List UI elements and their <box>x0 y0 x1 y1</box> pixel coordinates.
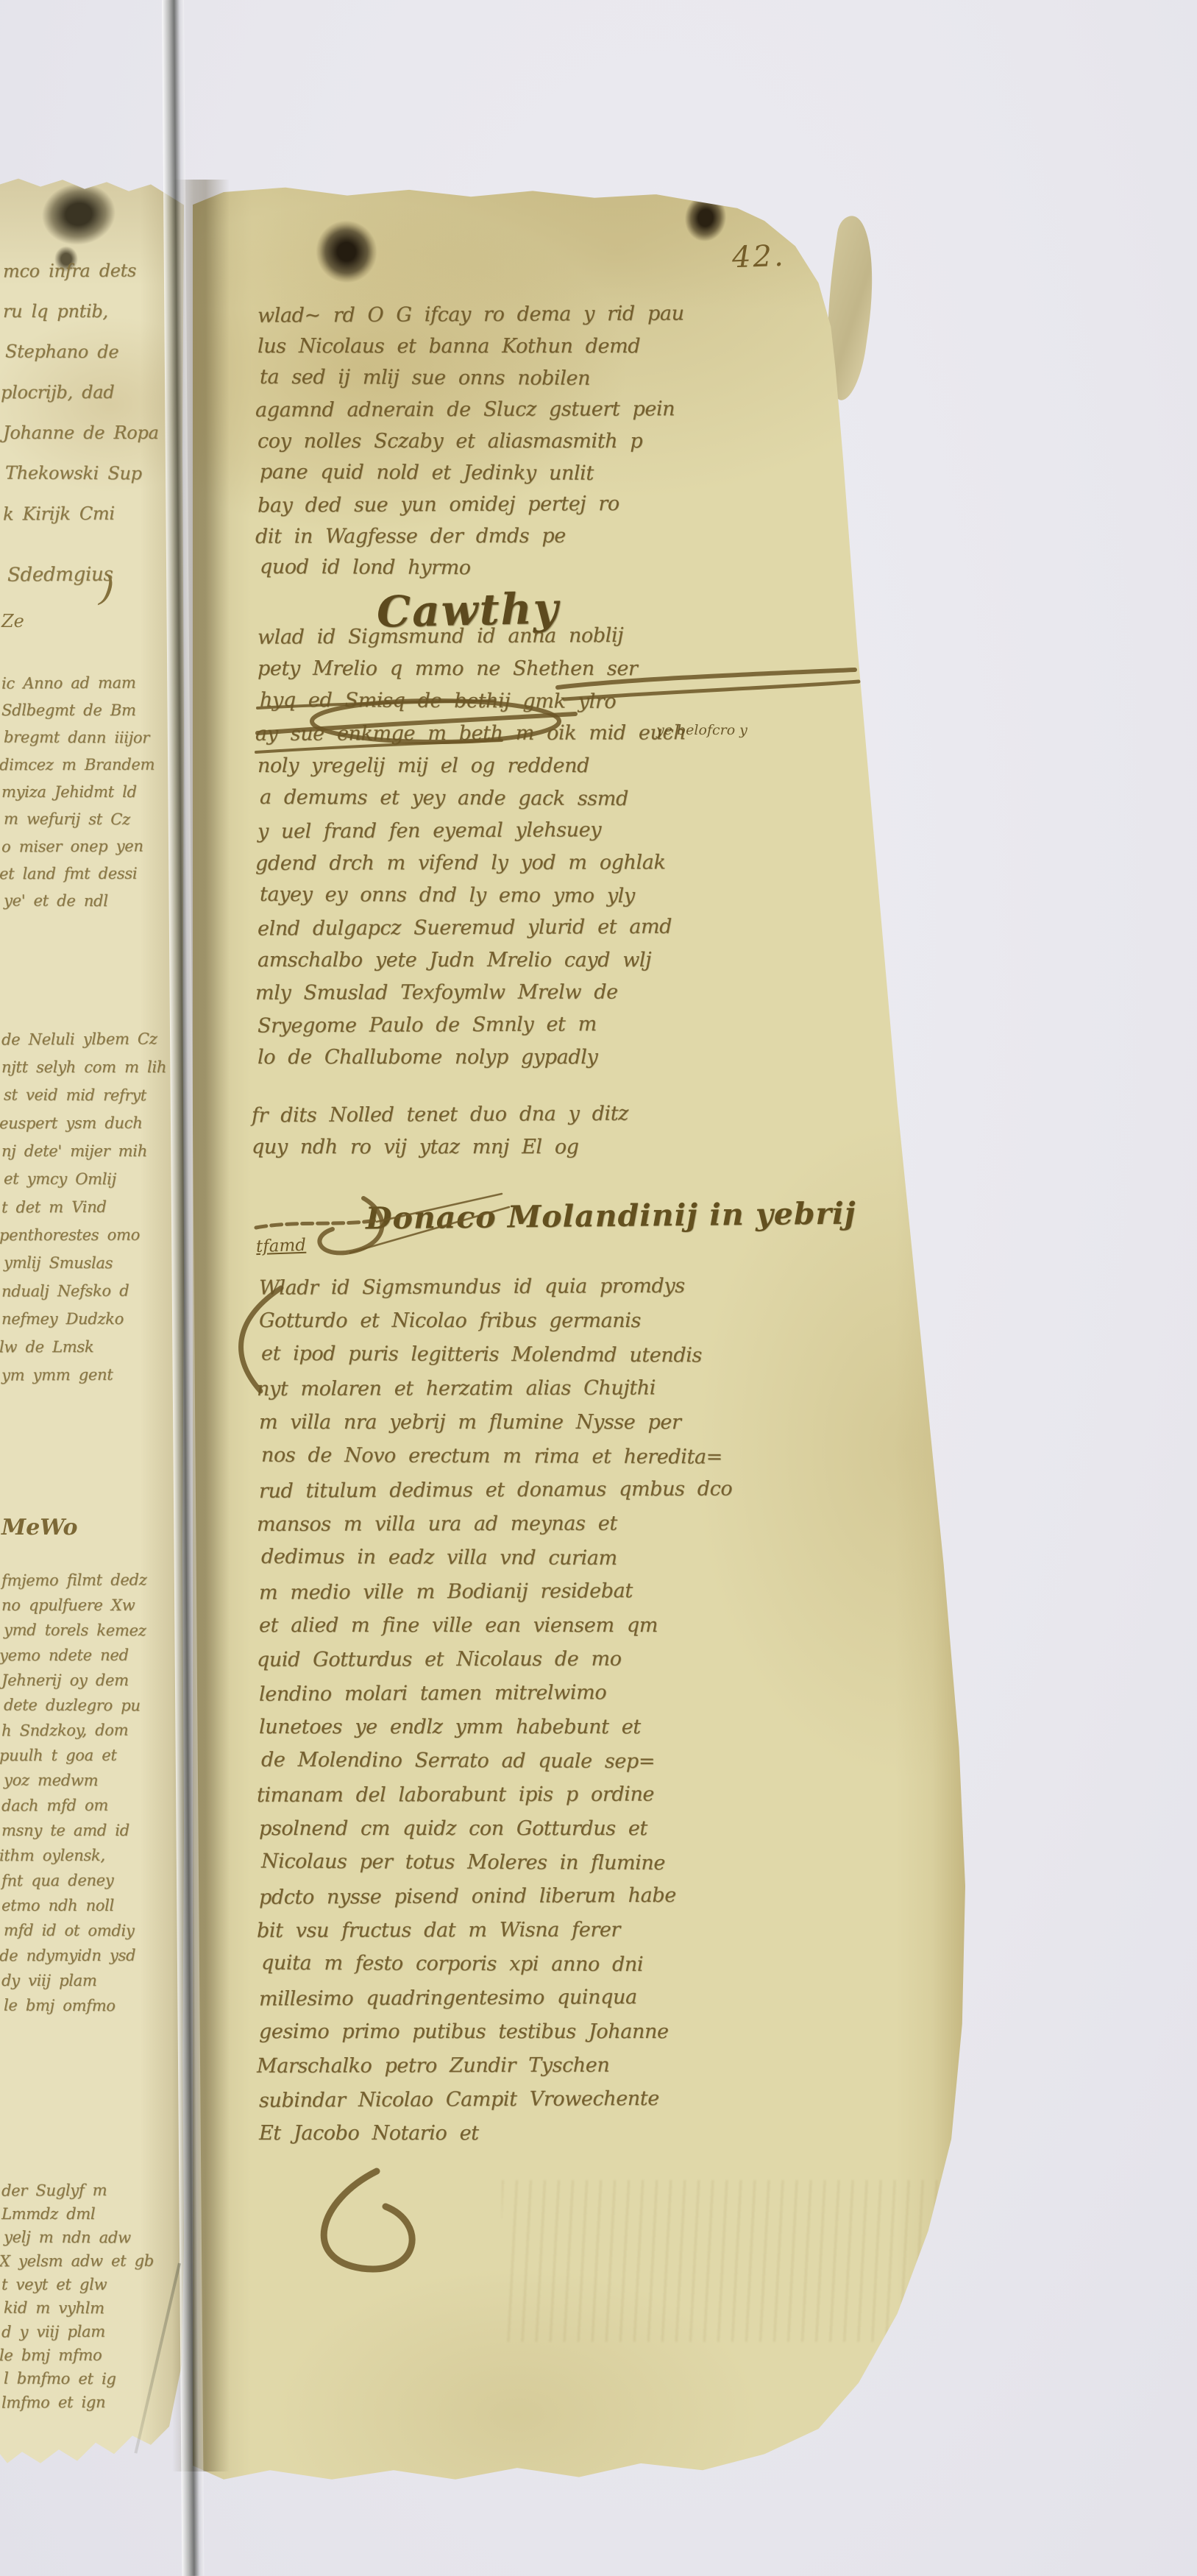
text-line: ymlij Smuslas <box>4 1249 168 1278</box>
text-line: h Sndzkoy, dom <box>1 1717 147 1743</box>
text-line: mfd id ot omdiy <box>4 1918 149 1944</box>
text-line: lunetoes ye endlz ymm habebunt et <box>259 1710 732 1744</box>
text-line: fr dits Nolled tenet duo dna y ditz <box>252 1098 628 1133</box>
text-line: quid Gotturdus et Nicolaus de mo <box>257 1642 730 1677</box>
text-line: der Suglyf m <box>1 2178 156 2202</box>
left-page-text-block-4: fmjemo filmt dedzno qpulfuere Xwymd tore… <box>1 1568 146 2018</box>
text-line: Nicolaus per totus Moleres in flumine <box>261 1845 734 1881</box>
text-line: ru lq pntib, <box>3 291 158 332</box>
paragraph-1: wlad~ rd O G ifcay ro dema y rid paulus … <box>257 299 684 584</box>
text-line: elnd dulgapcz Sueremud ylurid et amd <box>257 910 688 945</box>
text-line: ym ymm gent <box>1 1360 166 1389</box>
ink-stain <box>31 172 127 255</box>
text-line: yelj m ndn adw <box>4 2226 158 2250</box>
text-line: ye' et de ndl <box>4 888 159 916</box>
text-line: a demums et yey ande gack ssmd <box>260 782 690 816</box>
left-page: mco infra detsru lq pntib,Stephano deplo… <box>0 175 184 2468</box>
text-line: dit in Wagfesse der dmds pe <box>255 520 682 553</box>
text-line: et land fmt dessi <box>0 860 154 888</box>
text-line: dimcez m Brandem <box>0 751 154 779</box>
text-line: hyq ed Smisq de bethij gmk ylro <box>260 684 690 719</box>
text-line: t det m Vind <box>1 1192 166 1221</box>
text-line: bregmt dann iiijor <box>4 724 159 752</box>
text-line: kid m vyhlm <box>4 2296 158 2321</box>
text-line: et alied m fine ville ean viensem qm <box>259 1609 732 1643</box>
text-line: o miser onep yen <box>1 832 157 860</box>
text-line: quy ndh ro vij ytaz mnj El og <box>252 1131 628 1164</box>
text-line: ndualj Nefsko d <box>1 1276 166 1305</box>
text-line: et ymcy Omlij <box>4 1165 168 1194</box>
manuscript-page: 42. wlad~ rd O G ifcay ro dema y rid pau… <box>193 184 965 2484</box>
text-line: t veyt et glw <box>1 2273 156 2296</box>
left-page-abbreviation: Ze <box>1 611 24 631</box>
text-line: gdend drch m vifend ly yod m oghlak <box>255 846 686 880</box>
text-line: etmo ndh noll <box>1 1893 146 1918</box>
text-line: noly yregelij mij el og reddend <box>257 750 688 782</box>
text-line: nos de Novo erectum m rima et heredita= <box>261 1439 734 1475</box>
text-line: quita m festo corporis xpi anno dni <box>261 1947 734 1983</box>
text-line: et ipod puris legitteris Molendmd utendi… <box>261 1337 734 1373</box>
text-line: nj dete' mijer mih <box>1 1137 166 1165</box>
text-line: puulh t goa et <box>0 1743 144 1769</box>
text-line: Jehnerij oy dem <box>1 1668 146 1693</box>
text-line: wlad id Sigmsmund id anna noblij <box>257 619 688 654</box>
folio-number: 42. <box>731 239 786 275</box>
interlinear-correction: ye belofcro y <box>656 722 747 738</box>
text-line: pane quid nold et Jedinky unlit <box>260 456 686 490</box>
text-line: myiza Jehidmt ld <box>1 779 157 806</box>
text-line: dedimus in eadz villa vnd curiam <box>261 1540 734 1577</box>
photograph-background: mco infra detsru lq pntib,Stephano deplo… <box>0 0 1197 2576</box>
paragraph-4: Wladr id Sigmsmundus id quia promdysGott… <box>259 1270 732 2151</box>
text-line: yemo ndete ned <box>0 1643 144 1669</box>
text-line: y uel frand fen eyemal ylehsuey <box>257 813 688 848</box>
text-line: de Neluli ylbem Cz <box>1 1025 166 1053</box>
text-line: lus Nicolaus et banna Kothun demd <box>257 330 684 362</box>
text-line: mansos m villa ura ad meynas et <box>257 1507 730 1542</box>
text-line: pety Mrelio q mmo ne Shethen ser <box>257 653 688 685</box>
text-line: X yelsm adw et gb <box>0 2249 154 2274</box>
text-line: Thekowski Sup <box>5 453 161 495</box>
text-line: dete duzlegro pu <box>4 1693 149 1719</box>
text-line: nefmey Dudzko <box>1 1305 166 1333</box>
paragraph-3: fr dits Nolled tenet duo dna y ditzquy n… <box>252 1099 628 1164</box>
text-line: ithm oylensk, <box>0 1843 144 1869</box>
text-line: coy nolles Sczaby et aliasmasmith p <box>257 425 684 457</box>
left-page-text-block-1b: Sdedmgius <box>7 555 113 595</box>
text-line: lendino molari tamen mitrelwimo <box>259 1675 732 1711</box>
text-line: millesimo quadringentesimo quinqua <box>259 1980 732 2016</box>
text-line: Gotturdo et Nicolao fribus germanis <box>259 1304 732 1338</box>
text-line: mly Smuslad Texfoymlw Mrelw de <box>255 976 686 1010</box>
text-line: Wladr id Sigmsmundus id quia promdys <box>259 1269 732 1305</box>
text-line: timanam del laborabunt ipis p ordine <box>257 1777 730 1813</box>
text-line: yoz medwm <box>4 1768 149 1794</box>
text-line: de ndymyidn ysd <box>0 1943 144 1969</box>
text-line: m villa nra yebrij m flumine Nysse per <box>259 1406 732 1440</box>
text-line: euspert ysm duch <box>0 1109 164 1138</box>
text-line: dach mfd om <box>1 1792 147 1818</box>
text-line: m medio ville m Bodianij residebat <box>259 1574 732 1610</box>
text-line: pdcto nysse pisend onind liberum habe <box>259 1878 732 1914</box>
text-line: gesimo primo putibus testibus Johanne <box>259 2015 732 2049</box>
text-line: subindar Nicolao Campit Vrowechente <box>259 2081 732 2117</box>
text-line: rud titulum dedimus et donamus qmbus dco <box>259 1472 732 1508</box>
text-line: l bmfmo et ig <box>4 2367 158 2391</box>
text-line: Sdlbegmt de Bm <box>1 697 157 724</box>
text-line: lmfmo et ign <box>1 2390 156 2414</box>
text-line: d y viij plam <box>1 2319 156 2343</box>
left-page-text-block-5: der Suglyf mLmmdz dmlyelj m ndn adwX yel… <box>1 2179 156 2414</box>
text-line: m wefurij st Cz <box>4 806 159 834</box>
text-line: Marschalko petro Zundir Tyschen <box>257 2048 730 2084</box>
left-page-text-block-2: ic Anno ad mamSdlbegmt de Bmbregmt dann … <box>1 670 157 915</box>
text-line: ay sue enkmge m beth m oik mid euch <box>255 717 686 751</box>
text-line: ic Anno ad mam <box>1 669 157 697</box>
ink-showthrough <box>502 2180 973 2342</box>
text-line: Stephano de <box>5 332 161 373</box>
text-line: k Kirijk Cmi <box>3 493 159 534</box>
text-line: penthorestes omo <box>0 1221 164 1250</box>
text-line: le bmj omfmo <box>4 1993 149 2019</box>
text-line: Johanne de Ropa <box>3 413 158 453</box>
text-line: plocrijb, dad <box>1 372 157 414</box>
text-line: ta sed ij mlij sue onns nobilen <box>260 361 686 395</box>
text-line: mco infra dets <box>3 250 159 291</box>
text-line: tayey ey onns dnd ly emo ymo yly <box>260 879 690 913</box>
text-line: lw de Lmsk <box>0 1333 164 1362</box>
final-flourish <box>324 2171 412 2269</box>
paragraph-2: wlad id Sigmsmund id anna noblijpety Mre… <box>257 620 688 1074</box>
text-line: fmjemo filmt dedz <box>1 1567 147 1593</box>
text-line: quod id lond hyrmo <box>260 551 686 585</box>
text-line: Sryegome Paulo de Smnly et m <box>257 1008 688 1042</box>
text-line: wlad~ rd O G ifcay ro dema y rid pau <box>257 297 684 331</box>
left-page-text-block-1: mco infra detsru lq pntib,Stephano deplo… <box>3 251 158 534</box>
text-line: njtt selyh com m lih <box>1 1053 166 1081</box>
text-line: Lmmdz dml <box>1 2202 156 2226</box>
text-line: fnt qua deney <box>1 1867 147 1893</box>
text-line: agamnd adnerain de Slucz gstuert pein <box>255 393 682 426</box>
text-line: nyt molaren et herzatim alias Chujthi <box>257 1371 730 1406</box>
section-heading-donaco: Donaco Molandinij in yebrij <box>366 1196 856 1236</box>
insertion-flourish <box>256 1220 377 1228</box>
left-page-heading-mewo: MeWo <box>1 1515 78 1540</box>
text-line: amschalbo yete Judn Mrelio cayd wlj <box>257 944 688 977</box>
text-line: bay ded sue yun omidej pertej ro <box>257 487 684 521</box>
text-line: de Molendino Serrato ad quale sep= <box>261 1744 734 1780</box>
text-line: Sdedmgius <box>7 555 113 596</box>
text-line: ymd torels kemez <box>4 1618 149 1643</box>
text-line: Et Jacobo Notario et <box>259 2117 732 2151</box>
ink-blot-left <box>302 206 391 297</box>
margin-annotation: tfamd <box>256 1236 307 1256</box>
ink-blot-top <box>677 186 734 250</box>
left-page-text-block-3: de Neluli ylbem Cznjtt selyh com m lihst… <box>1 1025 166 1389</box>
text-line: bit vsu fructus dat m Wisna ferer <box>257 1913 730 1948</box>
text-line: msny te amd id <box>1 1818 146 1843</box>
text-line: st veid mid refryt <box>4 1081 168 1110</box>
text-line: no qpulfuere Xw <box>1 1593 146 1618</box>
text-line: lo de Challubome nolyp gypadly <box>257 1041 688 1074</box>
text-line: dy viij plam <box>1 1968 146 1993</box>
text-line: psolnend cm quidz con Gotturdus et <box>259 1812 732 1846</box>
text-line: le bmj mfmo <box>0 2343 154 2368</box>
